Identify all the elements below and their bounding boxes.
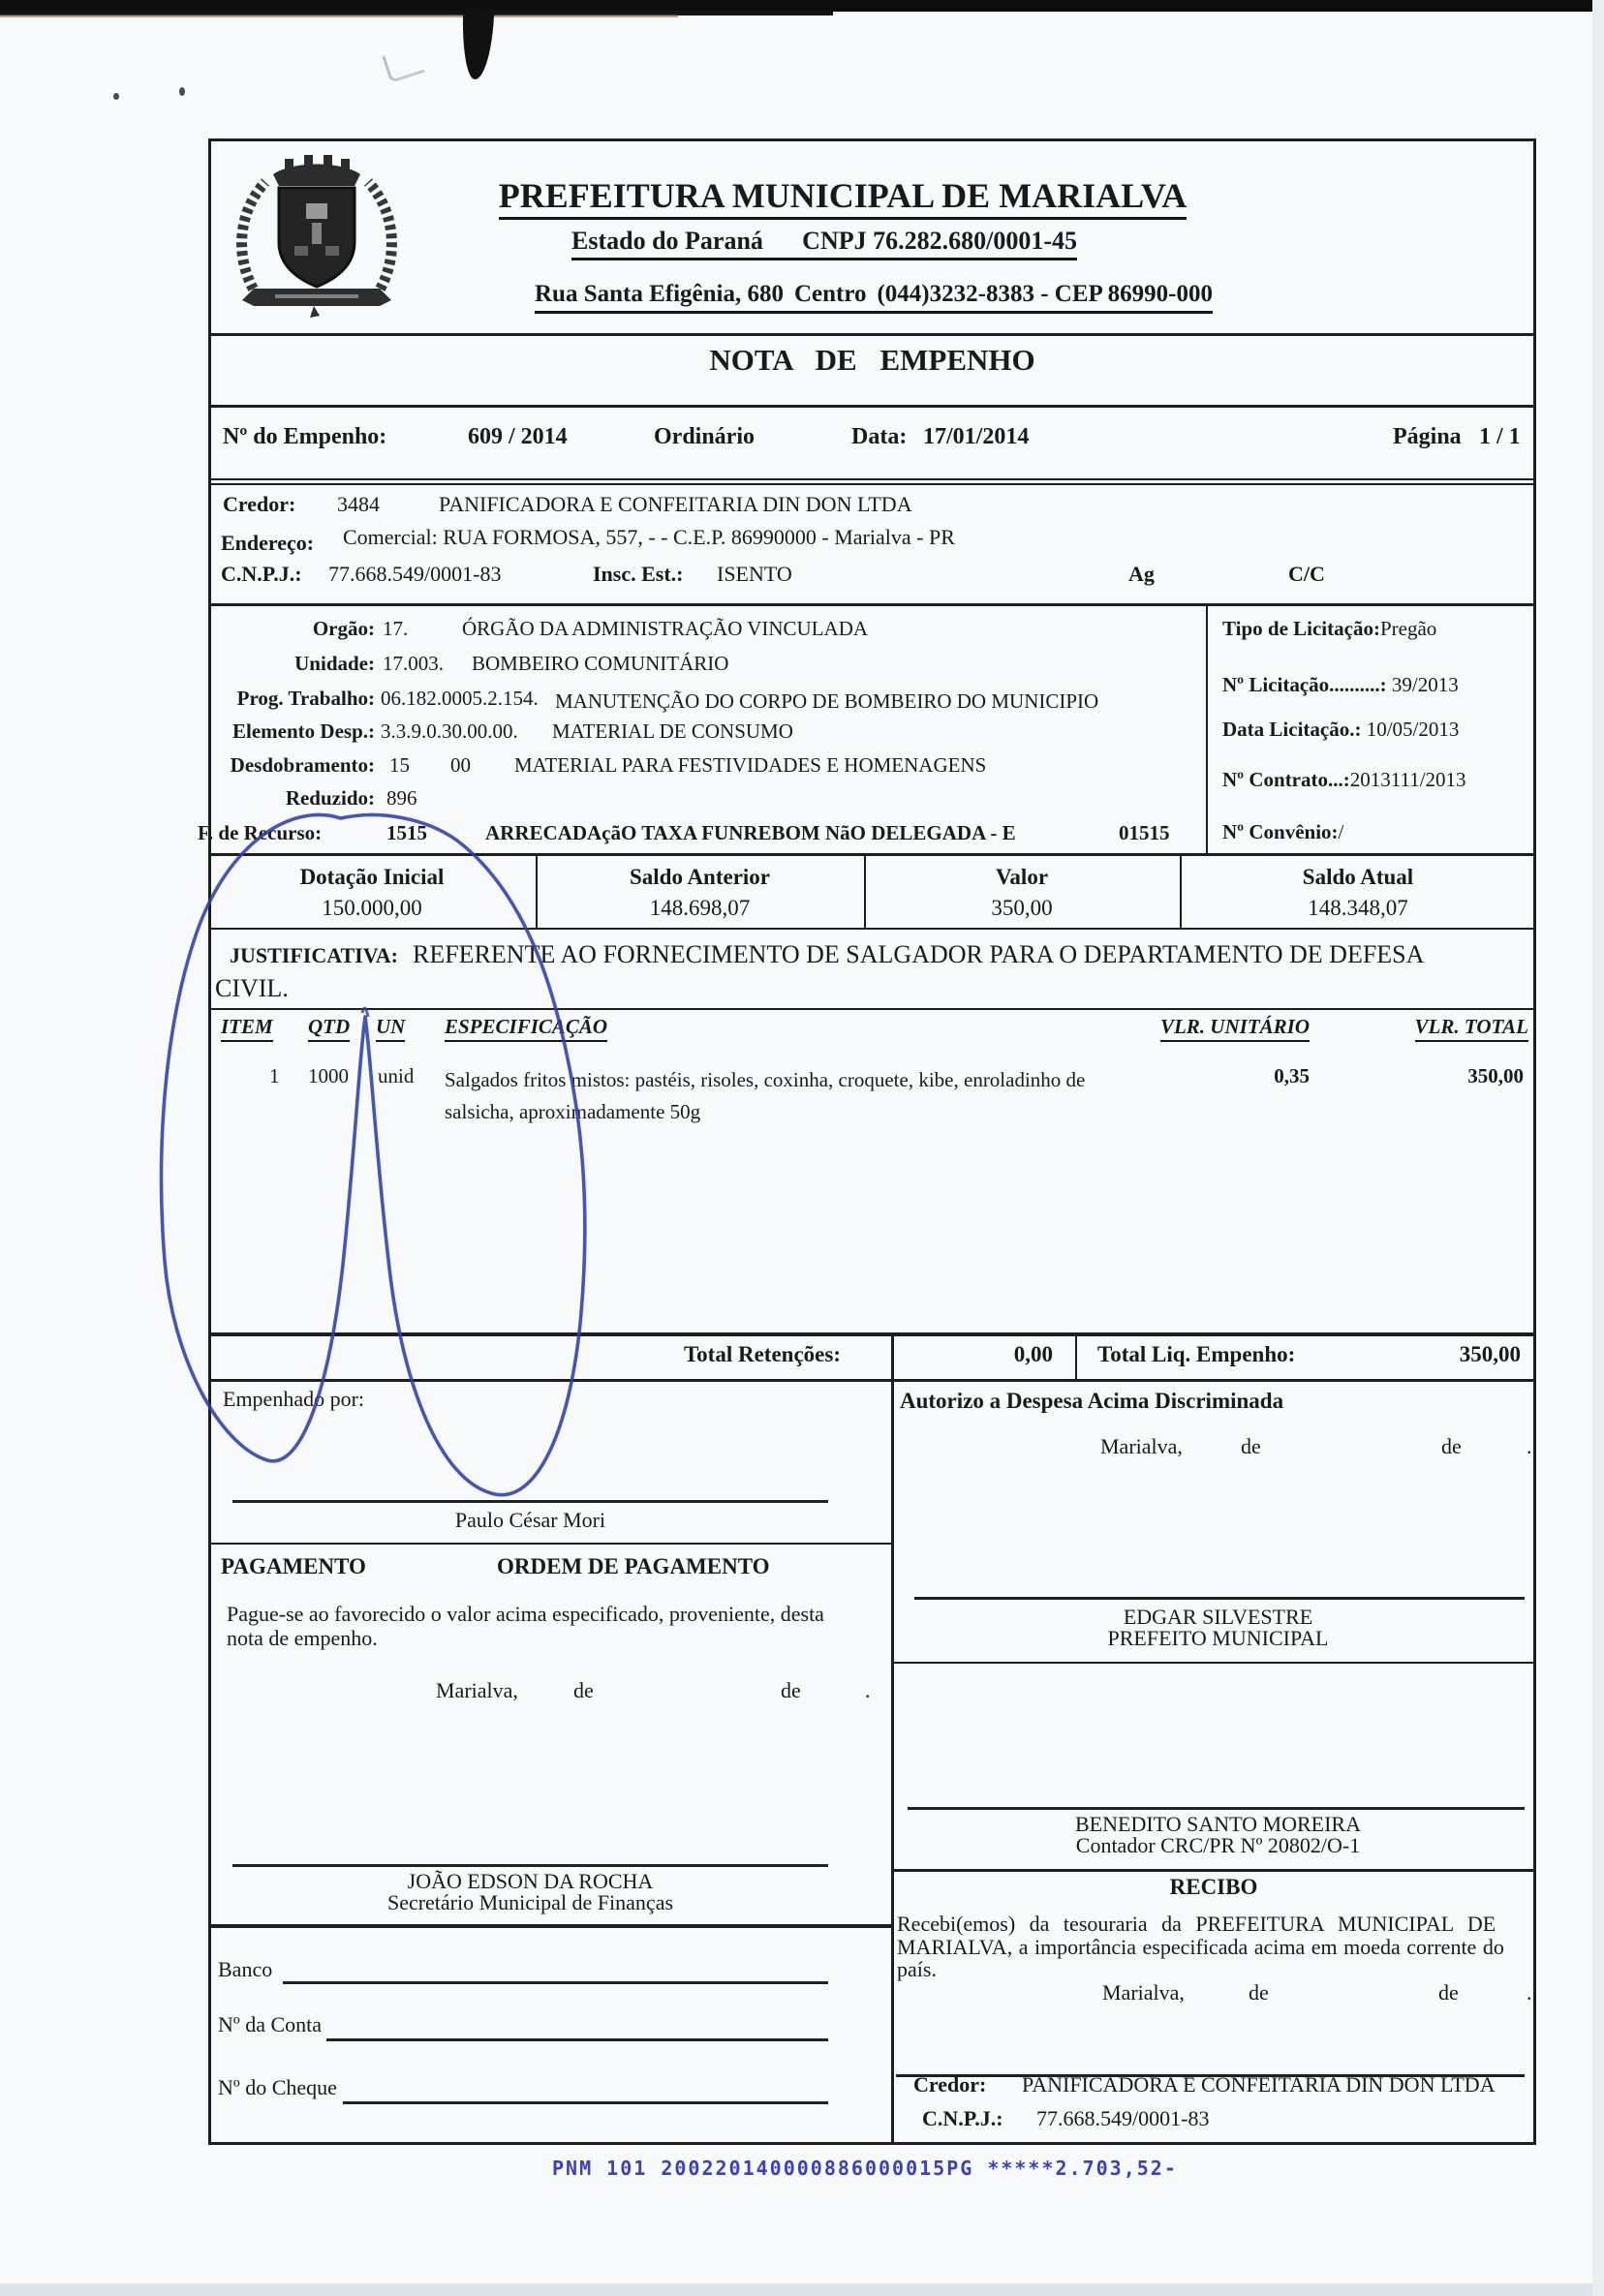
empenhado-name: Paulo César Mori xyxy=(232,1508,828,1532)
conta-label: Nº da Conta xyxy=(218,2012,322,2036)
fonte-recurso-code: 1515 xyxy=(386,821,427,844)
col-item-text: ITEM xyxy=(221,1015,273,1042)
rule-under-header xyxy=(208,333,1536,336)
pagamento-title: PAGAMENTO xyxy=(221,1554,366,1579)
rule-under-credor xyxy=(208,603,1536,606)
saldo-anterior-value: 148.698,07 xyxy=(536,896,864,921)
justificativa-line2: CIVIL. xyxy=(215,974,289,1003)
rule-totals-bottom xyxy=(208,1379,1536,1382)
valor-label: Valor xyxy=(864,865,1180,890)
pagamento-de-2: de xyxy=(781,1678,801,1702)
item-vlr-unit: 0,35 xyxy=(1211,1064,1310,1087)
recibo-line1: Recebi(emos) da tesouraria da PREFEITURA… xyxy=(897,1912,1496,1936)
total-liq-label: Total Liq. Empenho: xyxy=(1097,1342,1295,1367)
scan-bottom-edge xyxy=(0,2283,1604,2296)
pagamento-text-line2: nota de empenho. xyxy=(227,1626,378,1650)
endereco-label: Endereço: xyxy=(221,531,314,555)
desdobramento-code2: 00 xyxy=(450,753,471,777)
prog-trabalho-code: 06.182.0005.2.154. xyxy=(381,687,539,710)
credor-bottom-label: Credor: xyxy=(913,2072,986,2097)
empenho-number-label: Nº do Empenho: xyxy=(223,424,386,451)
unidade-desc: BOMBEIRO COMUNITÁRIO xyxy=(472,652,728,675)
elemento-desp-label: Elemento Desp.: xyxy=(194,719,375,743)
conta-line xyxy=(326,2038,828,2041)
form-border-left xyxy=(208,138,211,2145)
empenho-date-value: 17/01/2014 xyxy=(923,424,1029,451)
rule-dotacao-top xyxy=(208,853,1536,856)
item-qtd: 1000 xyxy=(308,1064,349,1087)
item-vlr-total: 350,00 xyxy=(1409,1064,1524,1087)
num-licitacao-label: Nº Licitação..........: xyxy=(1222,673,1387,696)
recibo-dot: . xyxy=(1527,1980,1532,2005)
totals-div-2 xyxy=(1075,1336,1077,1379)
tipo-licitacao: Tipo de Licitação:Pregão xyxy=(1222,617,1436,640)
recibo-title: RECIBO xyxy=(891,1875,1536,1900)
scanned-document-page: PREFEITURA MUNICIPAL DE MARIALVA Estado … xyxy=(0,0,1604,2296)
elemento-desp-desc: MATERIAL DE CONSUMO xyxy=(552,719,793,743)
form-border-bottom xyxy=(208,2142,1536,2145)
credor-label: Credor: xyxy=(223,492,295,516)
saldo-anterior-label: Saldo Anterior xyxy=(536,865,864,890)
rule-under-prefeito xyxy=(891,1662,1536,1664)
empenho-date-label: Data: xyxy=(851,424,907,451)
item-un: unid xyxy=(378,1064,414,1087)
data-licitacao-label: Data Licitação.: xyxy=(1222,718,1361,741)
total-liq-value: 350,00 xyxy=(1403,1342,1521,1367)
address-district: Centro xyxy=(794,281,867,309)
empenhado-signature-line xyxy=(232,1500,828,1503)
cnpj-bottom-label: C.N.P.J.: xyxy=(922,2106,1003,2130)
secretario-title: Secretário Municipal de Finanças xyxy=(232,1890,828,1914)
credor-cnpj-label: C.N.P.J.: xyxy=(221,562,302,586)
dotacao-inicial-label: Dotação Inicial xyxy=(208,865,536,890)
credor-name: PANIFICADORA E CONFEITARIA DIN DON LTDA xyxy=(439,492,912,516)
justificativa-label: JUSTIFICATIVA: xyxy=(230,943,398,967)
ag-label: Ag xyxy=(1128,562,1155,586)
col-vlr-unit: VLR. UNITÁRIO xyxy=(1143,1015,1310,1038)
autorizo-de-2: de xyxy=(1441,1434,1462,1458)
rule-totals-top xyxy=(208,1332,1536,1336)
credor-code: 3484 xyxy=(337,492,380,516)
col-un-text: UN xyxy=(376,1015,405,1042)
rule-under-empenho-row-1 xyxy=(208,478,1536,480)
item-desc: Salgados fritos mistos: pastéis, risoles… xyxy=(445,1064,1137,1128)
item-number: 1 xyxy=(269,1064,280,1087)
rule-under-empenho-row-2 xyxy=(208,483,1536,485)
cc-label: C/C xyxy=(1288,562,1325,586)
elemento-desp-code: 3.3.9.0.30.00.00. xyxy=(381,719,518,743)
col-espec-text: ESPECIFICAÇÃO xyxy=(445,1015,607,1042)
credor-bottom-name: PANIFICADORA E CONFEITARIA DIN DON LTDA xyxy=(1022,2072,1496,2097)
tipo-licitacao-value: Pregão xyxy=(1380,617,1436,640)
orgao-code: 17. xyxy=(383,617,408,640)
fonte-recurso-extra: 01515 xyxy=(1119,821,1170,844)
pagamento-text-line1: Pague-se ao favorecido o valor acima esp… xyxy=(227,1602,824,1626)
saldo-atual-value: 148.348,07 xyxy=(1180,896,1536,921)
rule-under-empenhado xyxy=(208,1543,891,1545)
scan-right-fold xyxy=(1592,0,1604,2296)
desdobramento-desc: MATERIAL PARA FESTIVIDADES E HOMENAGENS xyxy=(514,753,986,777)
num-convenio-value: / xyxy=(1339,820,1344,843)
recibo-city: Marialva, xyxy=(1102,1980,1185,2005)
fonte-recurso-label: F. de Recurso: xyxy=(198,821,322,844)
form-border-right xyxy=(1533,138,1536,2145)
empenho-type: Ordinário xyxy=(654,424,755,451)
licitacao-divider xyxy=(1206,605,1208,855)
machine-print: PNM 101 200220140000886000015PG *****2.7… xyxy=(552,2158,1178,2180)
dotacao-inicial-value: 150.000,00 xyxy=(208,896,536,921)
total-retencoes-label: Total Retenções: xyxy=(581,1342,841,1367)
recibo-de-1: de xyxy=(1249,1980,1269,2005)
empenho-number-value: 609 / 2014 xyxy=(468,424,568,451)
rule-recibo-top xyxy=(891,1869,1536,1872)
scan-smudge xyxy=(382,46,424,83)
recibo-line3: país. xyxy=(897,1957,937,1981)
col-vlr-total: VLR. TOTAL xyxy=(1406,1015,1528,1038)
banco-line xyxy=(283,1981,828,1984)
fonte-recurso-desc: ARRECADAçãO TAXA FUNREBOM NãO DELEGADA -… xyxy=(485,821,1016,844)
cnpj-bottom-value: 77.668.549/0001-83 xyxy=(1036,2106,1209,2130)
lower-column-divider xyxy=(891,1379,894,2145)
banco-label: Banco xyxy=(218,1957,272,1981)
pagamento-dot: . xyxy=(865,1678,871,1702)
col-item: ITEM xyxy=(221,1015,273,1038)
valor-value: 350,00 xyxy=(864,896,1180,921)
num-licitacao-value: 39/2013 xyxy=(1392,673,1459,696)
cnpj-header: CNPJ 76.282.680/0001-45 xyxy=(802,227,1077,256)
autorizo-title: Autorizo a Despesa Acima Discriminada xyxy=(900,1389,1283,1414)
insc-est-value: ISENTO xyxy=(717,562,792,586)
state-label: Estado do Paraná xyxy=(571,227,763,256)
address-line: Rua Santa Efigênia, 680 Centro (044)3232… xyxy=(535,281,1213,314)
col-vlr-total-text: VLR. TOTAL xyxy=(1415,1015,1528,1042)
rule-under-justificativa xyxy=(208,1008,1536,1010)
unidade-label: Unidade: xyxy=(194,652,375,675)
num-convenio: Nº Convênio:/ xyxy=(1222,820,1343,843)
autorizo-city: Marialva, xyxy=(1100,1434,1183,1458)
num-contrato-label: Nº Contrato...: xyxy=(1222,768,1350,791)
col-vlr-unit-text: VLR. UNITÁRIO xyxy=(1160,1015,1310,1042)
totals-div-1 xyxy=(891,1336,894,1379)
justificativa-line1: REFERENTE AO FORNECIMENTO DE SALGADOR PA… xyxy=(413,940,1424,969)
ordem-pagamento-title: ORDEM DE PAGAMENTO xyxy=(497,1554,770,1579)
scan-speck-2 xyxy=(179,87,185,96)
prefeito-title: PREFEITO MUNICIPAL xyxy=(906,1626,1530,1650)
address-phone: (044)3232-8383 - CEP 86990-000 xyxy=(877,281,1213,309)
col-espec: ESPECIFICAÇÃO xyxy=(445,1015,607,1038)
col-qtd: QTD xyxy=(308,1015,350,1038)
form-border-top xyxy=(208,138,1536,141)
col-un: UN xyxy=(376,1015,405,1038)
cheque-label: Nº do Cheque xyxy=(218,2075,337,2099)
contador-title: Contador CRC/PR Nº 20802/O-1 xyxy=(906,1833,1530,1857)
prefeito-signature-line xyxy=(914,1597,1525,1600)
col-qtd-text: QTD xyxy=(308,1015,350,1042)
page-label: Página xyxy=(1393,424,1462,451)
orgao-label: Orgão: xyxy=(194,617,375,640)
desdobramento-label: Desdobramento: xyxy=(194,753,375,777)
autorizo-de-1: de xyxy=(1241,1434,1261,1458)
num-convenio-label: Nº Convênio: xyxy=(1222,820,1339,843)
contador-signature-line xyxy=(908,1807,1525,1810)
scan-speck-1 xyxy=(113,93,119,100)
insc-est-label: Insc. Est.: xyxy=(593,562,684,586)
address-street: Rua Santa Efigênia, 680 xyxy=(535,281,784,309)
rule-dotacao-bottom xyxy=(208,928,1536,930)
credor-cnpj-value: 77.668.549/0001-83 xyxy=(328,562,501,586)
num-contrato-value: 2013111/2013 xyxy=(1350,768,1466,791)
reduzido-code: 896 xyxy=(386,786,417,810)
recibo-de-2: de xyxy=(1438,1980,1459,2005)
endereco-value: Comercial: RUA FORMOSA, 557, - - C.E.P. … xyxy=(343,525,955,549)
page-value: 1 / 1 xyxy=(1479,424,1521,451)
unidade-code: 17.003. xyxy=(383,652,444,675)
scan-top-edge-brown xyxy=(0,15,678,17)
saldo-atual-label: Saldo Atual xyxy=(1180,865,1536,890)
prog-trabalho-label: Prog. Trabalho: xyxy=(194,687,375,710)
data-licitacao: Data Licitação.: 10/05/2013 xyxy=(1222,718,1459,741)
recibo-line2: MARIALVA, a importância especificada aci… xyxy=(897,1935,1504,1959)
orgao-desc: ÓRGÃO DA ADMINISTRAÇÃO VINCULADA xyxy=(462,617,868,640)
secretario-signature-line xyxy=(232,1864,828,1867)
desdobramento-code: 15 xyxy=(389,753,410,777)
pagamento-city: Marialva, xyxy=(436,1678,518,1702)
prog-trabalho-desc: MANUTENÇÃO DO CORPO DE BOMBEIRO DO MUNIC… xyxy=(555,689,1098,713)
total-retencoes-value: 0,00 xyxy=(944,1342,1053,1367)
cheque-line xyxy=(343,2101,828,2104)
reduzido-label: Reduzido: xyxy=(194,786,375,810)
num-licitacao: Nº Licitação..........: 39/2013 xyxy=(1222,673,1459,696)
rule-under-doc-title xyxy=(208,405,1536,408)
state-cnpj-line: Estado do Paraná CNPJ 76.282.680/0001-45 xyxy=(571,227,1077,260)
data-licitacao-value: 10/05/2013 xyxy=(1367,718,1460,741)
num-contrato: Nº Contrato...:2013111/2013 xyxy=(1222,768,1466,791)
scan-ink-blob xyxy=(461,7,495,79)
municipality-title-text: PREFEITURA MUNICIPAL DE MARIALVA xyxy=(499,176,1187,220)
pagamento-de-1: de xyxy=(573,1678,594,1702)
marialva-coat-of-arms xyxy=(225,153,409,320)
doc-title: NOTA DE EMPENHO xyxy=(208,343,1536,378)
empenhado-por-label: Empenhado por: xyxy=(223,1387,364,1411)
municipality-title: PREFEITURA MUNICIPAL DE MARIALVA xyxy=(416,176,1269,216)
tipo-licitacao-label: Tipo de Licitação: xyxy=(1222,617,1380,640)
rule-under-secretario xyxy=(208,1924,891,1928)
autorizo-dot: . xyxy=(1527,1434,1532,1458)
